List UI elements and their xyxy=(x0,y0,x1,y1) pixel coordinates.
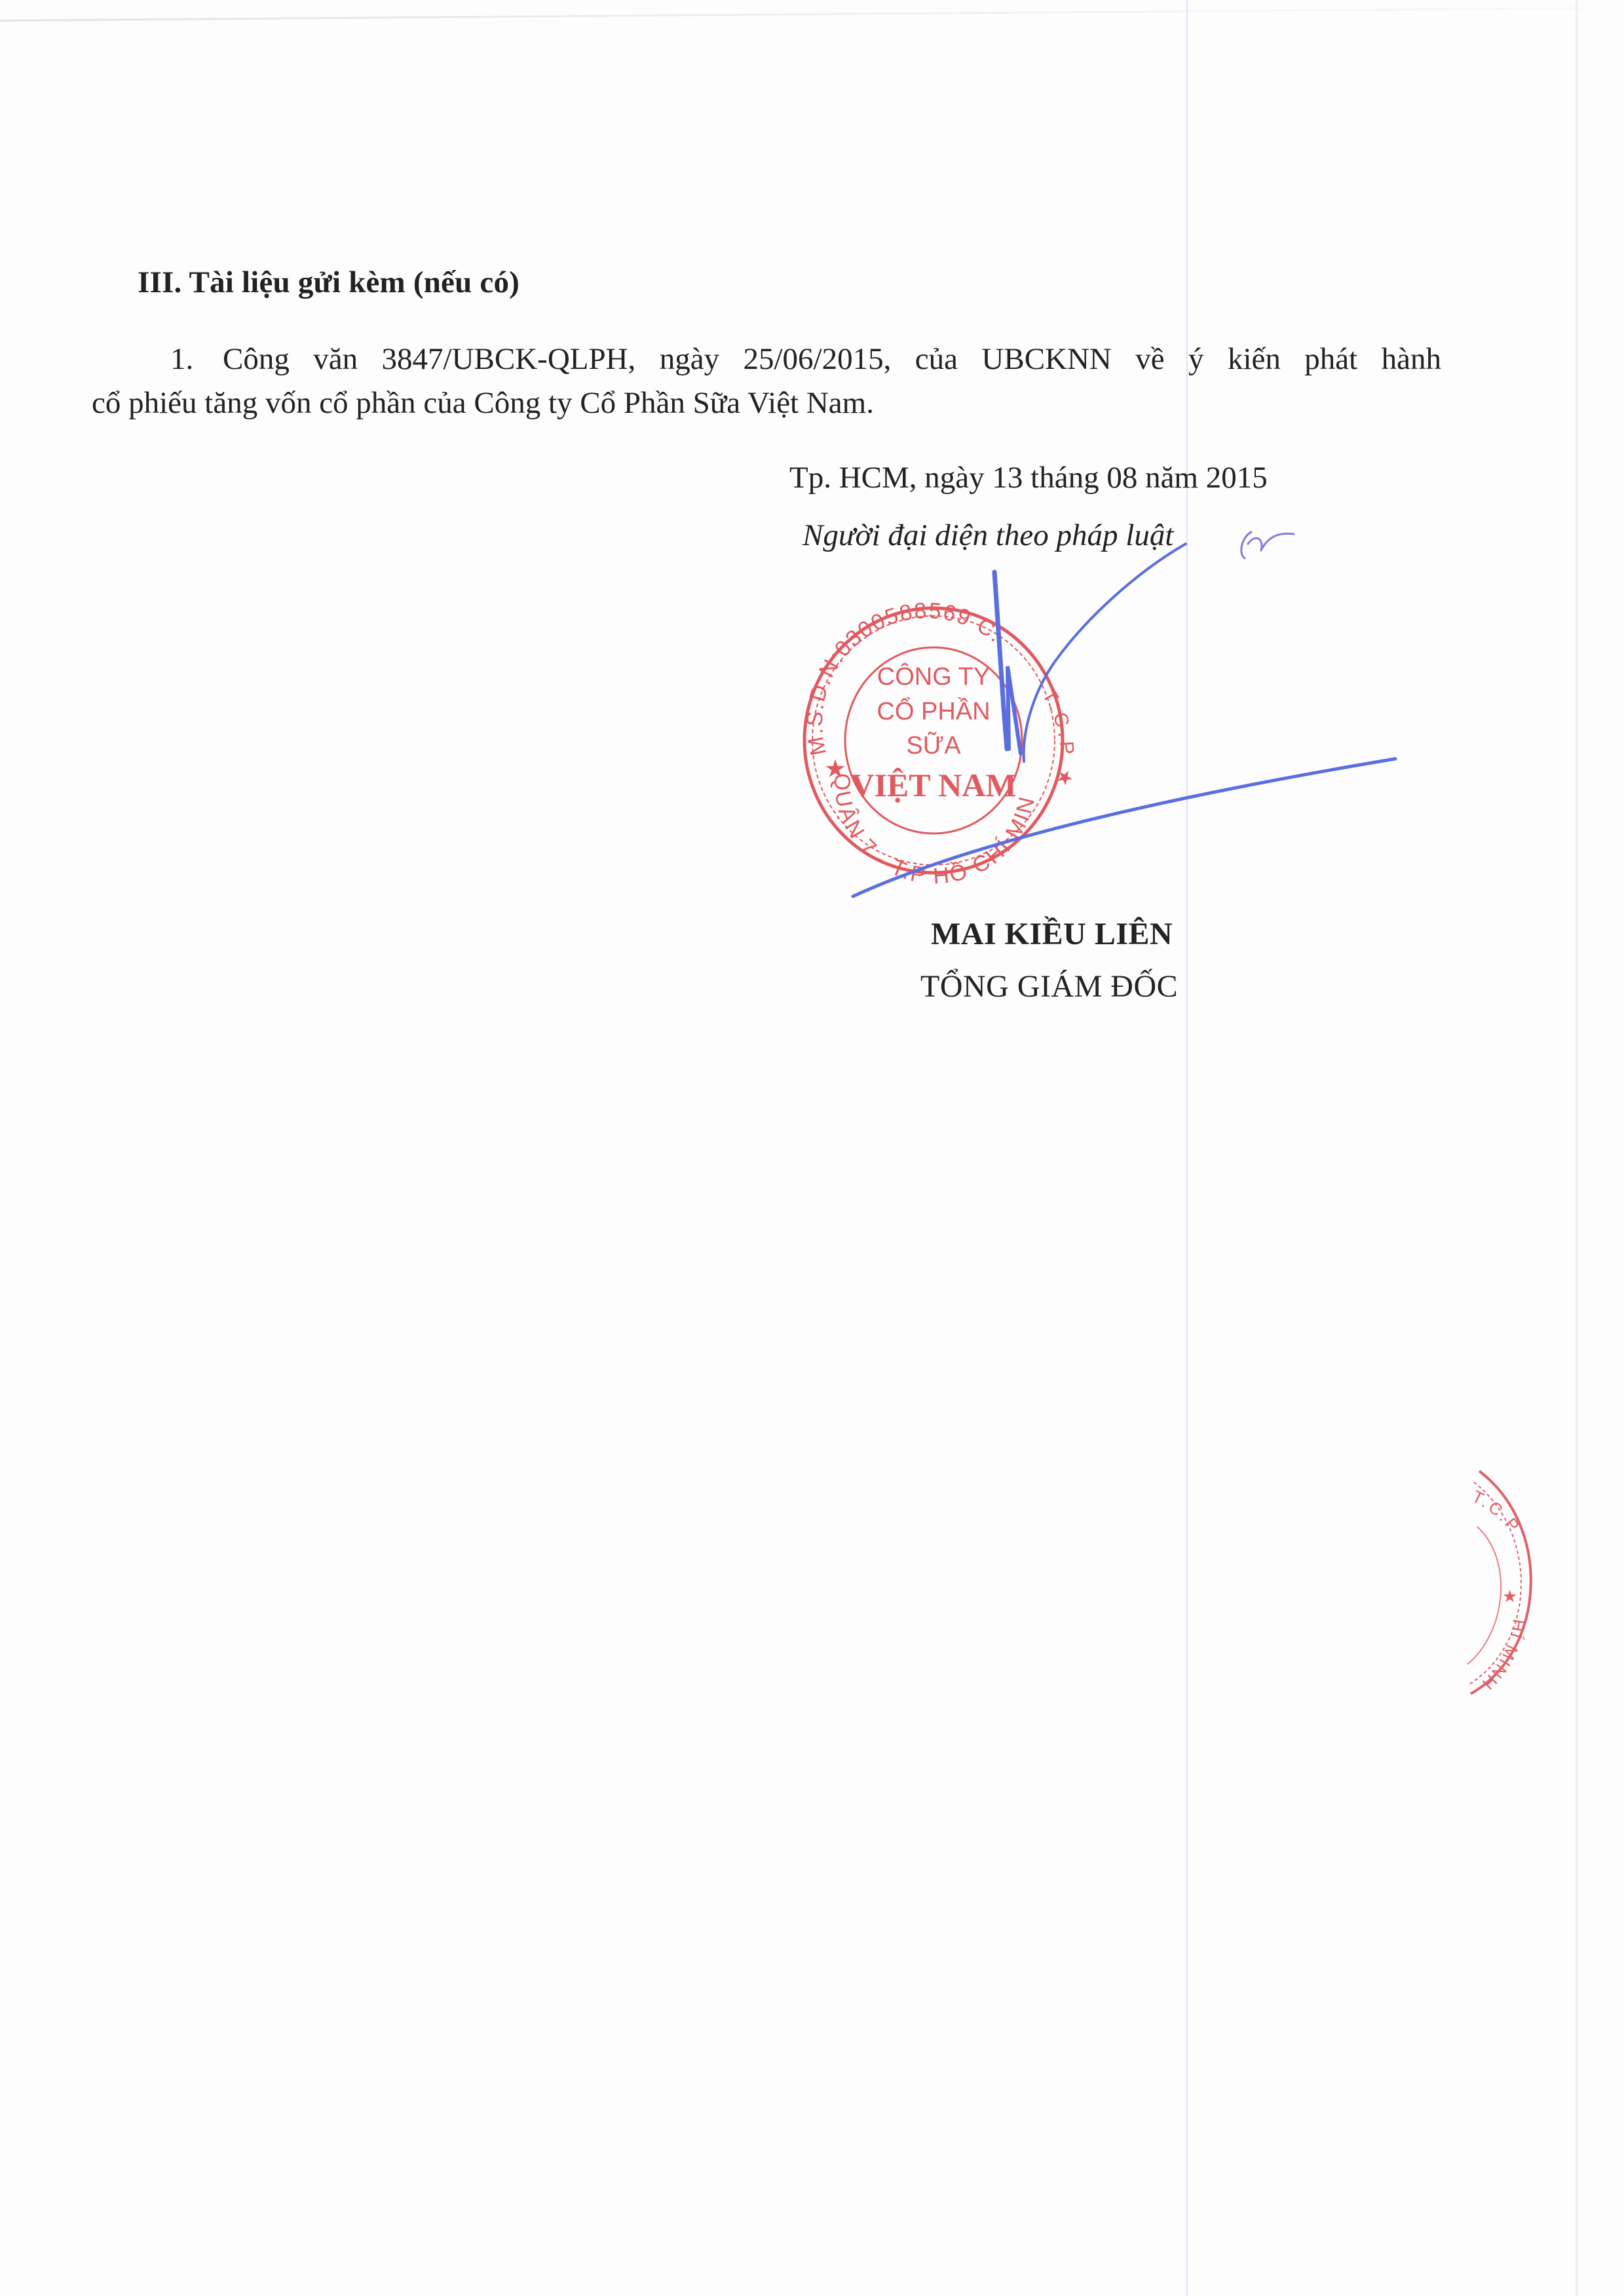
partial-seal-star-icon: ★ xyxy=(1502,1586,1517,1606)
signer-title: TỔNG GIÁM ĐỐC xyxy=(920,968,1178,1004)
svg-text:T.C.P ★: T.C.P ★ xyxy=(1038,686,1078,793)
attachment-text-line1: Công văn 3847/UBCK-QLPH, ngày 25/06/2015… xyxy=(223,342,1441,376)
partial-seal-right: T.C.P ★ HÍ MINH xyxy=(1467,1471,1531,1694)
svg-text:T.C.P: T.C.P xyxy=(1469,1486,1524,1537)
company-seal xyxy=(804,608,1063,873)
seal-text: M.S.D.N:0300588569 C. T.C.P ★ QUẬN 7 - T… xyxy=(0,0,1078,889)
section-heading-attachments: III. Tài liệu gửi kèm (nếu có) xyxy=(138,265,519,300)
svg-text:M.S.D.N:0300588569 C.: M.S.D.N:0300588569 C. xyxy=(803,598,1008,757)
svg-text:CÔNG TY: CÔNG TY xyxy=(877,662,990,691)
handwritten-signature xyxy=(853,532,1395,896)
scan-edge-line xyxy=(0,7,1585,22)
svg-text:CỔ PHẦN: CỔ PHẦN xyxy=(877,696,990,725)
representative-label: Người đại diện theo pháp luật xyxy=(803,518,1173,553)
svg-text:VIỆT NAM: VIỆT NAM xyxy=(850,767,1016,803)
place-date: Tp. HCM, ngày 13 tháng 08 năm 2015 xyxy=(789,460,1268,495)
scan-right-edge xyxy=(1576,0,1578,2296)
attachment-number: 1. xyxy=(170,337,223,381)
svg-text:QUẬN 7 - T.P HỒ CHÍ MINH: QUẬN 7 - T.P HỒ CHÍ MINH xyxy=(0,0,1040,889)
svg-text:HÍ MINH: HÍ MINH xyxy=(1477,1618,1529,1694)
svg-text:SỮA: SỮA xyxy=(906,731,961,759)
signer-name: MAI KIỀU LIÊN xyxy=(931,916,1173,952)
attachment-item: 1.Công văn 3847/UBCK-QLPH, ngày 25/06/20… xyxy=(92,337,1441,425)
attachment-text-line2: cổ phiếu tăng vốn cổ phần của Công ty Cổ… xyxy=(92,381,1441,425)
seal-star-icon: ★ xyxy=(824,756,846,783)
